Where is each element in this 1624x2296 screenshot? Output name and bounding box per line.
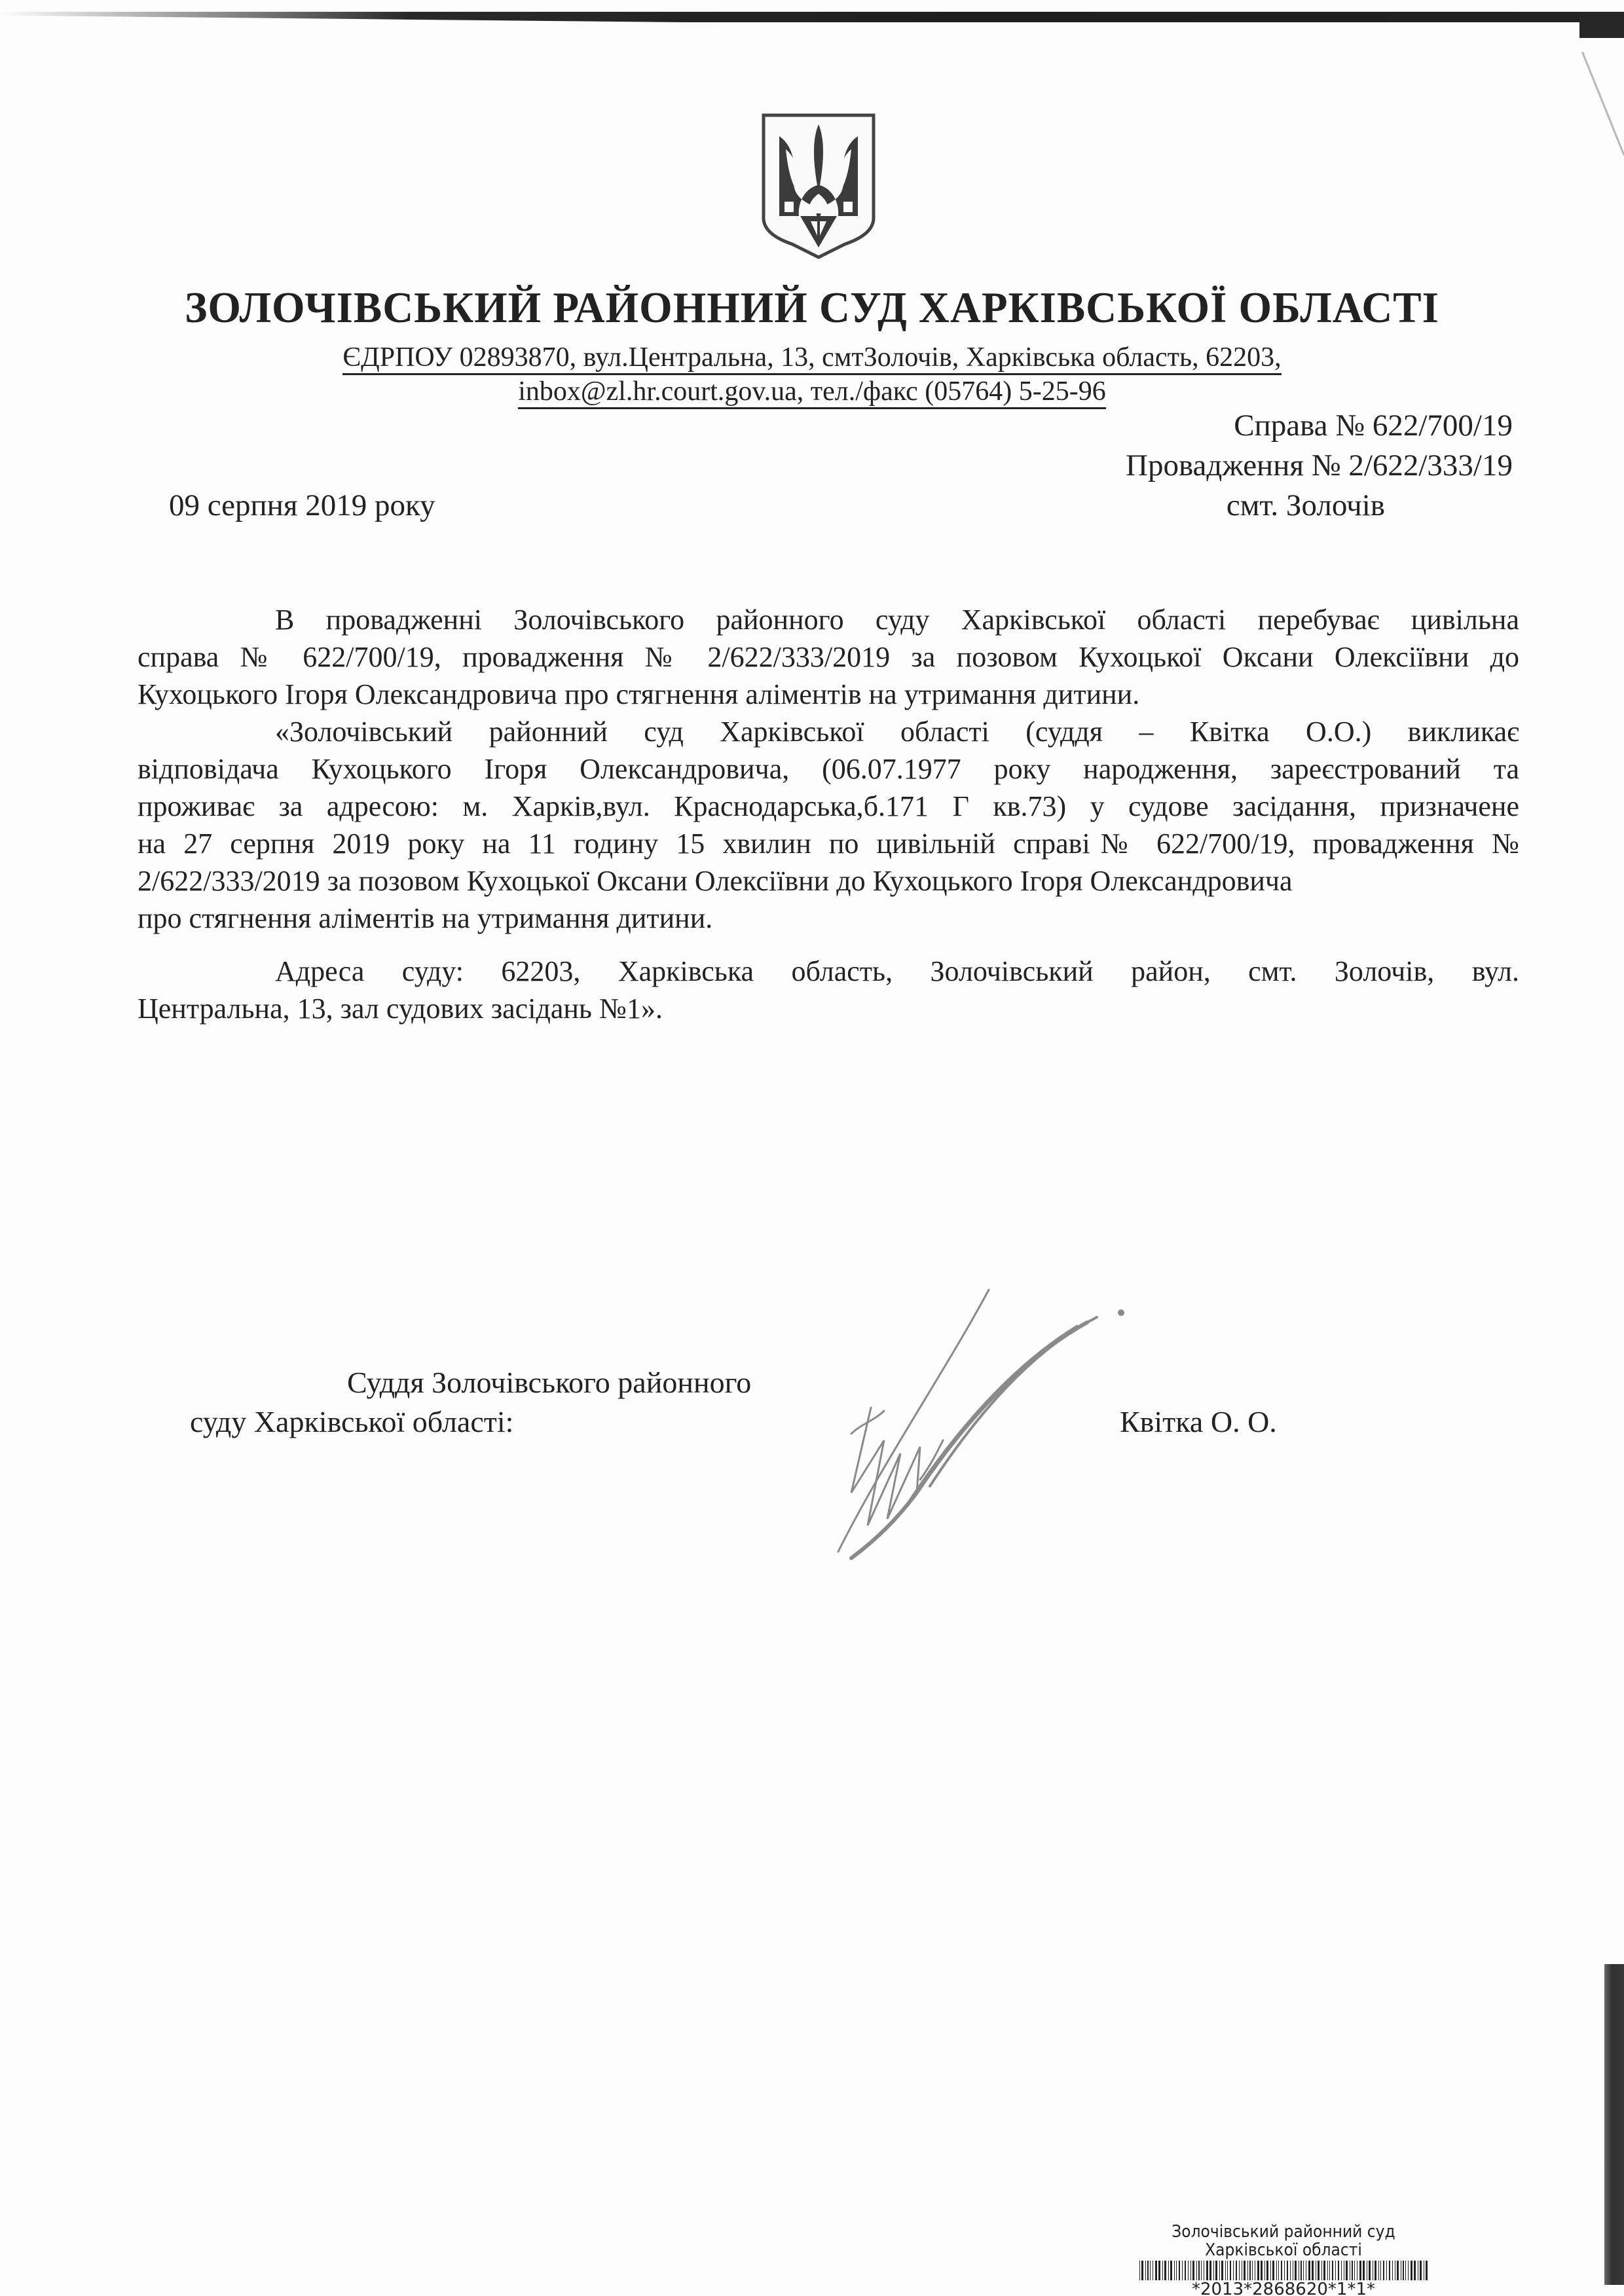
text-line: на 27 серпня 2019 року на 11 годину 15 х…	[138, 825, 1519, 862]
case-info-block: Справа № 622/700/19 Провадження № 2/622/…	[1126, 406, 1513, 526]
text-line: Кухоцького Ігоря Олександровича про стяг…	[138, 676, 1519, 713]
court-contact-line: ЄДРПОУ 02893870, вул.Центральна, 13, смт…	[0, 342, 1624, 373]
judge-name: Квітка О. О.	[1120, 1404, 1277, 1439]
signature-block: Суддя Золочівського районного суду Харкі…	[0, 1355, 1624, 1565]
case-number: Справа № 622/700/19	[1126, 406, 1513, 446]
text-line: В провадженні Золочівського районного су…	[138, 601, 1519, 638]
court-contact-line: inbox@zl.hr.court.gov.ua, тел./факс (057…	[0, 376, 1624, 407]
stamp-region: Харківської області	[1060, 2241, 1507, 2259]
judge-title: суду Харківської області:	[190, 1404, 513, 1439]
court-name-heading: ЗОЛОЧІВСЬКИЙ РАЙОННИЙ СУД ХАРКІВСЬКОЇ ОБ…	[24, 283, 1600, 333]
barcode-number: *2013*2868620*1*1*	[1035, 2280, 1532, 2296]
place: смт. Золочів	[1126, 486, 1513, 526]
coat-of-arms-of-ukraine-icon	[760, 110, 877, 261]
text-line: про стягнення аліментів на утримання дит…	[138, 900, 1519, 937]
document-date: 09 серпня 2019 року	[169, 488, 435, 523]
judge-title: Суддя Золочівського районного	[347, 1365, 751, 1400]
scan-edge-right	[1604, 1964, 1624, 2285]
text-line: Центральна, 13, зал судових засідань №1»…	[138, 990, 1519, 1027]
paragraph-1: В провадженні Золочівського районного су…	[138, 601, 1519, 713]
text-line: справа № 622/700/19, провадження № 2/622…	[138, 638, 1519, 676]
proceeding-number: Провадження № 2/622/333/19	[1126, 446, 1513, 486]
text-line: 2/622/333/2019 за позовом Кухоцької Окса…	[138, 862, 1519, 900]
text-line: відповідача Кухоцького Ігоря Олександров…	[138, 750, 1519, 788]
text-line: Адреса суду: 62203, Харківська область, …	[138, 953, 1519, 990]
barcode-icon	[1139, 2261, 1428, 2280]
paragraph-3: Адреса суду: 62203, Харківська область, …	[138, 953, 1519, 1027]
scan-edge-top	[0, 12, 1624, 22]
document-body: В провадженні Золочівського районного су…	[138, 601, 1519, 1027]
text-line: «Золочівський районний суд Харківської о…	[138, 713, 1519, 750]
text-line: проживає за адресою: м. Харків,вул. Крас…	[138, 788, 1519, 825]
court-email-phone: inbox@zl.hr.court.gov.ua, тел./факс (057…	[518, 376, 1105, 409]
stamp-court-name: Золочівський районний суд	[1060, 2223, 1507, 2241]
registry-stamp: Золочівський районний суд Харківської об…	[1035, 2223, 1532, 2296]
scan-mark	[1581, 52, 1624, 156]
paragraph-2: «Золочівський районний суд Харківської о…	[138, 713, 1519, 937]
scan-edge-top-right	[1579, 12, 1624, 38]
court-address: ЄДРПОУ 02893870, вул.Центральна, 13, смт…	[342, 342, 1281, 375]
